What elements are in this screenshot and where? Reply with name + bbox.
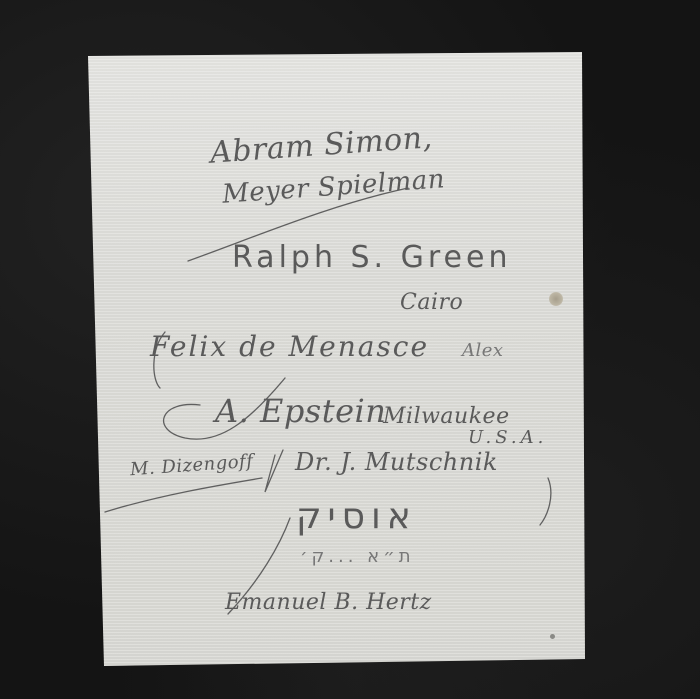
location-milwaukee: Milwaukee [383,404,510,429]
paper-speck [550,634,555,639]
signature-epstein: A. Epstein [215,392,386,430]
location-cairo: Cairo [400,290,463,315]
paper-stain [549,292,563,306]
signature-emanuel-hertz: Emanuel B. Hertz [225,590,432,615]
signature-felix-de-menasce: Felix de Menasce [150,330,429,363]
location-usa: U.S.A. [468,427,547,448]
location-alex: Alex [462,340,504,361]
signature-mutschnik: Dr. J. Mutschnik [295,448,498,476]
signature-hebrew-subscript: ת״א ...ק׳ [300,546,415,567]
signature-ralph-green: Ralph S. Green [232,240,511,275]
signature-hebrew: אוסיק [296,496,417,537]
